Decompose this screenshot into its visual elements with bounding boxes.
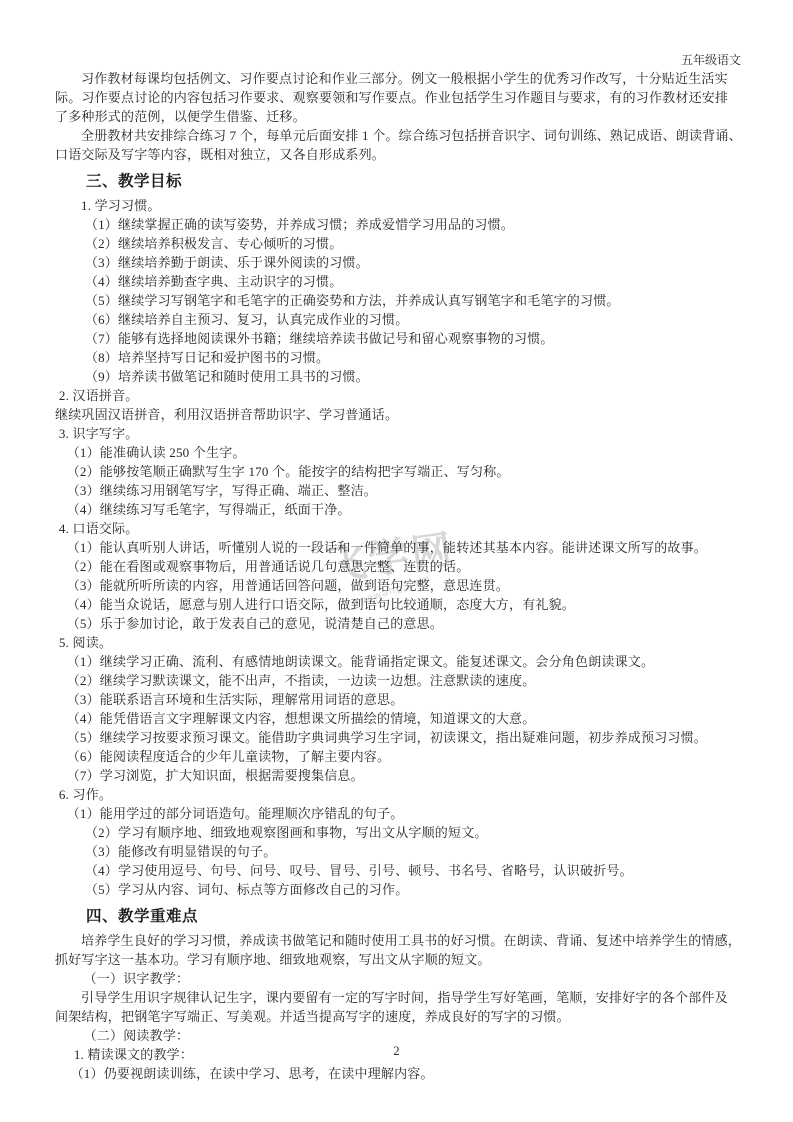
document-page: 五年级语文 飞学网 xuewang.Com 习作教材每课均包括例文、习作要点讨论… <box>0 0 793 1122</box>
list-item-line: （4）学习使用逗号、句号、问号、叹号、冒号、引号、顿号、书名号、省略号，认识破折… <box>55 861 745 880</box>
list-item-line: （4）继续培养勤查字典、主动识字的习惯。 <box>55 272 745 291</box>
section-heading: 三、教学目标 <box>55 171 745 193</box>
list-item-line: （4）能凭借语言文字理解课文内容，想想课文所描绘的情境，知道课文的大意。 <box>55 709 745 728</box>
paragraph-line: 了多种形式的范例，以便学生借鉴、迁移。 <box>55 107 745 126</box>
list-item-line: （3）能联系语言环境和生活实际，理解常用词语的意思。 <box>55 690 745 709</box>
document-body: 习作教材每课均包括例文、习作要点讨论和作业三部分。例文一般根据小学生的优秀习作改… <box>55 69 745 1083</box>
page-number: 2 <box>393 1044 399 1058</box>
list-item-line: （2）学习有顺序地、细致地观察图画和事物，写出文从字顺的短文。 <box>55 823 745 842</box>
list-item-line: （5）继续学习按要求预习课文。能借助字典词典学习生字词，初读课文，指出疑难问题，… <box>55 728 745 747</box>
list-item-line: （7）学习浏览，扩大知识面，根据需要搜集信息。 <box>55 766 745 785</box>
list-item-line: （2）能在看图或观察事物后，用普通话说几句意思完整、连贯的话。 <box>55 557 745 576</box>
list-item-line: （3）继续练习用钢笔写字，写得正确、端正、整洁。 <box>55 481 745 500</box>
paragraph-line: 间架结构，把钢笔字写端正、写美观。并适当提高写字的速度，养成良好的写字的习惯。 <box>55 1007 745 1026</box>
list-item-line: （1）继续掌握正确的读写姿势，并养成习惯；养成爱惜学习用品的习惯。 <box>55 215 745 234</box>
list-item-line: 6. 习作。 <box>55 785 745 804</box>
list-item-line: （1）能准确认读 250 个生字。 <box>55 443 745 462</box>
list-item-line: （9）培养读书做笔记和随时使用工具书的习惯。 <box>55 367 745 386</box>
list-item-line: （6）继续培养自主预习、复习，认真完成作业的习惯。 <box>55 310 745 329</box>
list-item-line: 3. 识字写字。 <box>55 424 745 443</box>
sub-heading: （一）识字教学： <box>55 969 745 988</box>
list-item-line: （8）培养坚持写日记和爱护图书的习惯。 <box>55 348 745 367</box>
paragraph-line: 口语交际及写字等内容，既相对独立，又各自形成系列。 <box>55 145 745 164</box>
list-item-line: 2. 汉语拼音。 <box>55 386 745 405</box>
list-item-line: （7）能够有选择地阅读课外书籍；继续培养读书做记号和留心观察事物的习惯。 <box>55 329 745 348</box>
list-item-line: （4）能当众说话，愿意与别人进行口语交际，做到语句比较通顺，态度大方，有礼貌。 <box>55 595 745 614</box>
list-item-line: （2）继续培养积极发言、专心倾听的习惯。 <box>55 234 745 253</box>
paragraph-line: 继续巩固汉语拼音，利用汉语拼音帮助识字、学习普通话。 <box>55 405 745 424</box>
list-item-line: （1）能用学过的部分词语造句。能理顺次序错乱的句子。 <box>55 804 745 823</box>
list-item-line: （1）继续学习正确、流利、有感情地朗读课文。能背诵指定课文。能复述课文。会分角色… <box>55 652 745 671</box>
paragraph-line: 际。习作要点讨论的内容包括习作要求、观察要领和写作要点。作业包括学生习作题目与要… <box>55 88 745 107</box>
page-header: 五年级语文 <box>55 53 741 67</box>
list-item-line: （1）仍要视朗读训练，在读中学习、思考，在读中理解内容。 <box>55 1064 745 1083</box>
list-item-line: （3）继续培养勤于朗读、乐于课外阅读的习惯。 <box>55 253 745 272</box>
list-item-line: （3）能修改有明显错误的句子。 <box>55 842 745 861</box>
paragraph-line: 全册教材共安排综合练习 7 个，每单元后面安排 1 个。综合练习包括拼音识字、词… <box>55 126 745 145</box>
header-course-label: 五年级语文 <box>681 53 741 67</box>
list-item-line: 5. 阅读。 <box>55 633 745 652</box>
paragraph-line: 培养学生良好的学习习惯，养成读书做笔记和随时使用工具书的好习惯。在朗读、背诵、复… <box>55 931 745 950</box>
page-footer: 2 <box>0 1044 793 1059</box>
list-item-line: （2）能够按笔顺正确默写生字 170 个。能按字的结构把字写端正、写匀称。 <box>55 462 745 481</box>
list-item-line: （4）继续练习写毛笔字，写得端正，纸面干净。 <box>55 500 745 519</box>
list-item-line: 1. 学习习惯。 <box>55 196 745 215</box>
paragraph-line: 抓好写字这一基本功。学习有顺序地、细致地观察，写出文从字顺的短文。 <box>55 950 745 969</box>
sub-heading: （二）阅读教学： <box>55 1026 745 1045</box>
list-item-line: （5）继续学习写钢笔字和毛笔字的正确姿势和方法，并养成认真写钢笔字和毛笔字的习惯… <box>55 291 745 310</box>
list-item-line: （3）能就所听所读的内容，用普通话回答问题，做到语句完整，意思连贯。 <box>55 576 745 595</box>
list-item-line: （1）能认真听别人讲话，听懂别人说的一段话和一件简单的事，能转述其基本内容。能讲… <box>55 538 745 557</box>
list-item-line: 4. 口语交际。 <box>55 519 745 538</box>
list-item-line: （5）乐于参加讨论，敢于发表自己的意见，说清楚自己的意思。 <box>55 614 745 633</box>
paragraph-line: 引导学生用识字规律认记生字，课内要留有一定的写字时间，指导学生写好笔画，笔顺，安… <box>55 988 745 1007</box>
list-item-line: （5）学习从内容、词句、标点等方面修改自己的习作。 <box>55 880 745 899</box>
section-heading: 四、教学重难点 <box>55 906 745 928</box>
list-item-line: （2）继续学习默读课文，能不出声，不指读，一边读一边想。注意默读的速度。 <box>55 671 745 690</box>
list-item-line: （6）能阅读程度适合的少年儿童读物，了解主要内容。 <box>55 747 745 766</box>
paragraph-line: 习作教材每课均包括例文、习作要点讨论和作业三部分。例文一般根据小学生的优秀习作改… <box>55 69 745 88</box>
